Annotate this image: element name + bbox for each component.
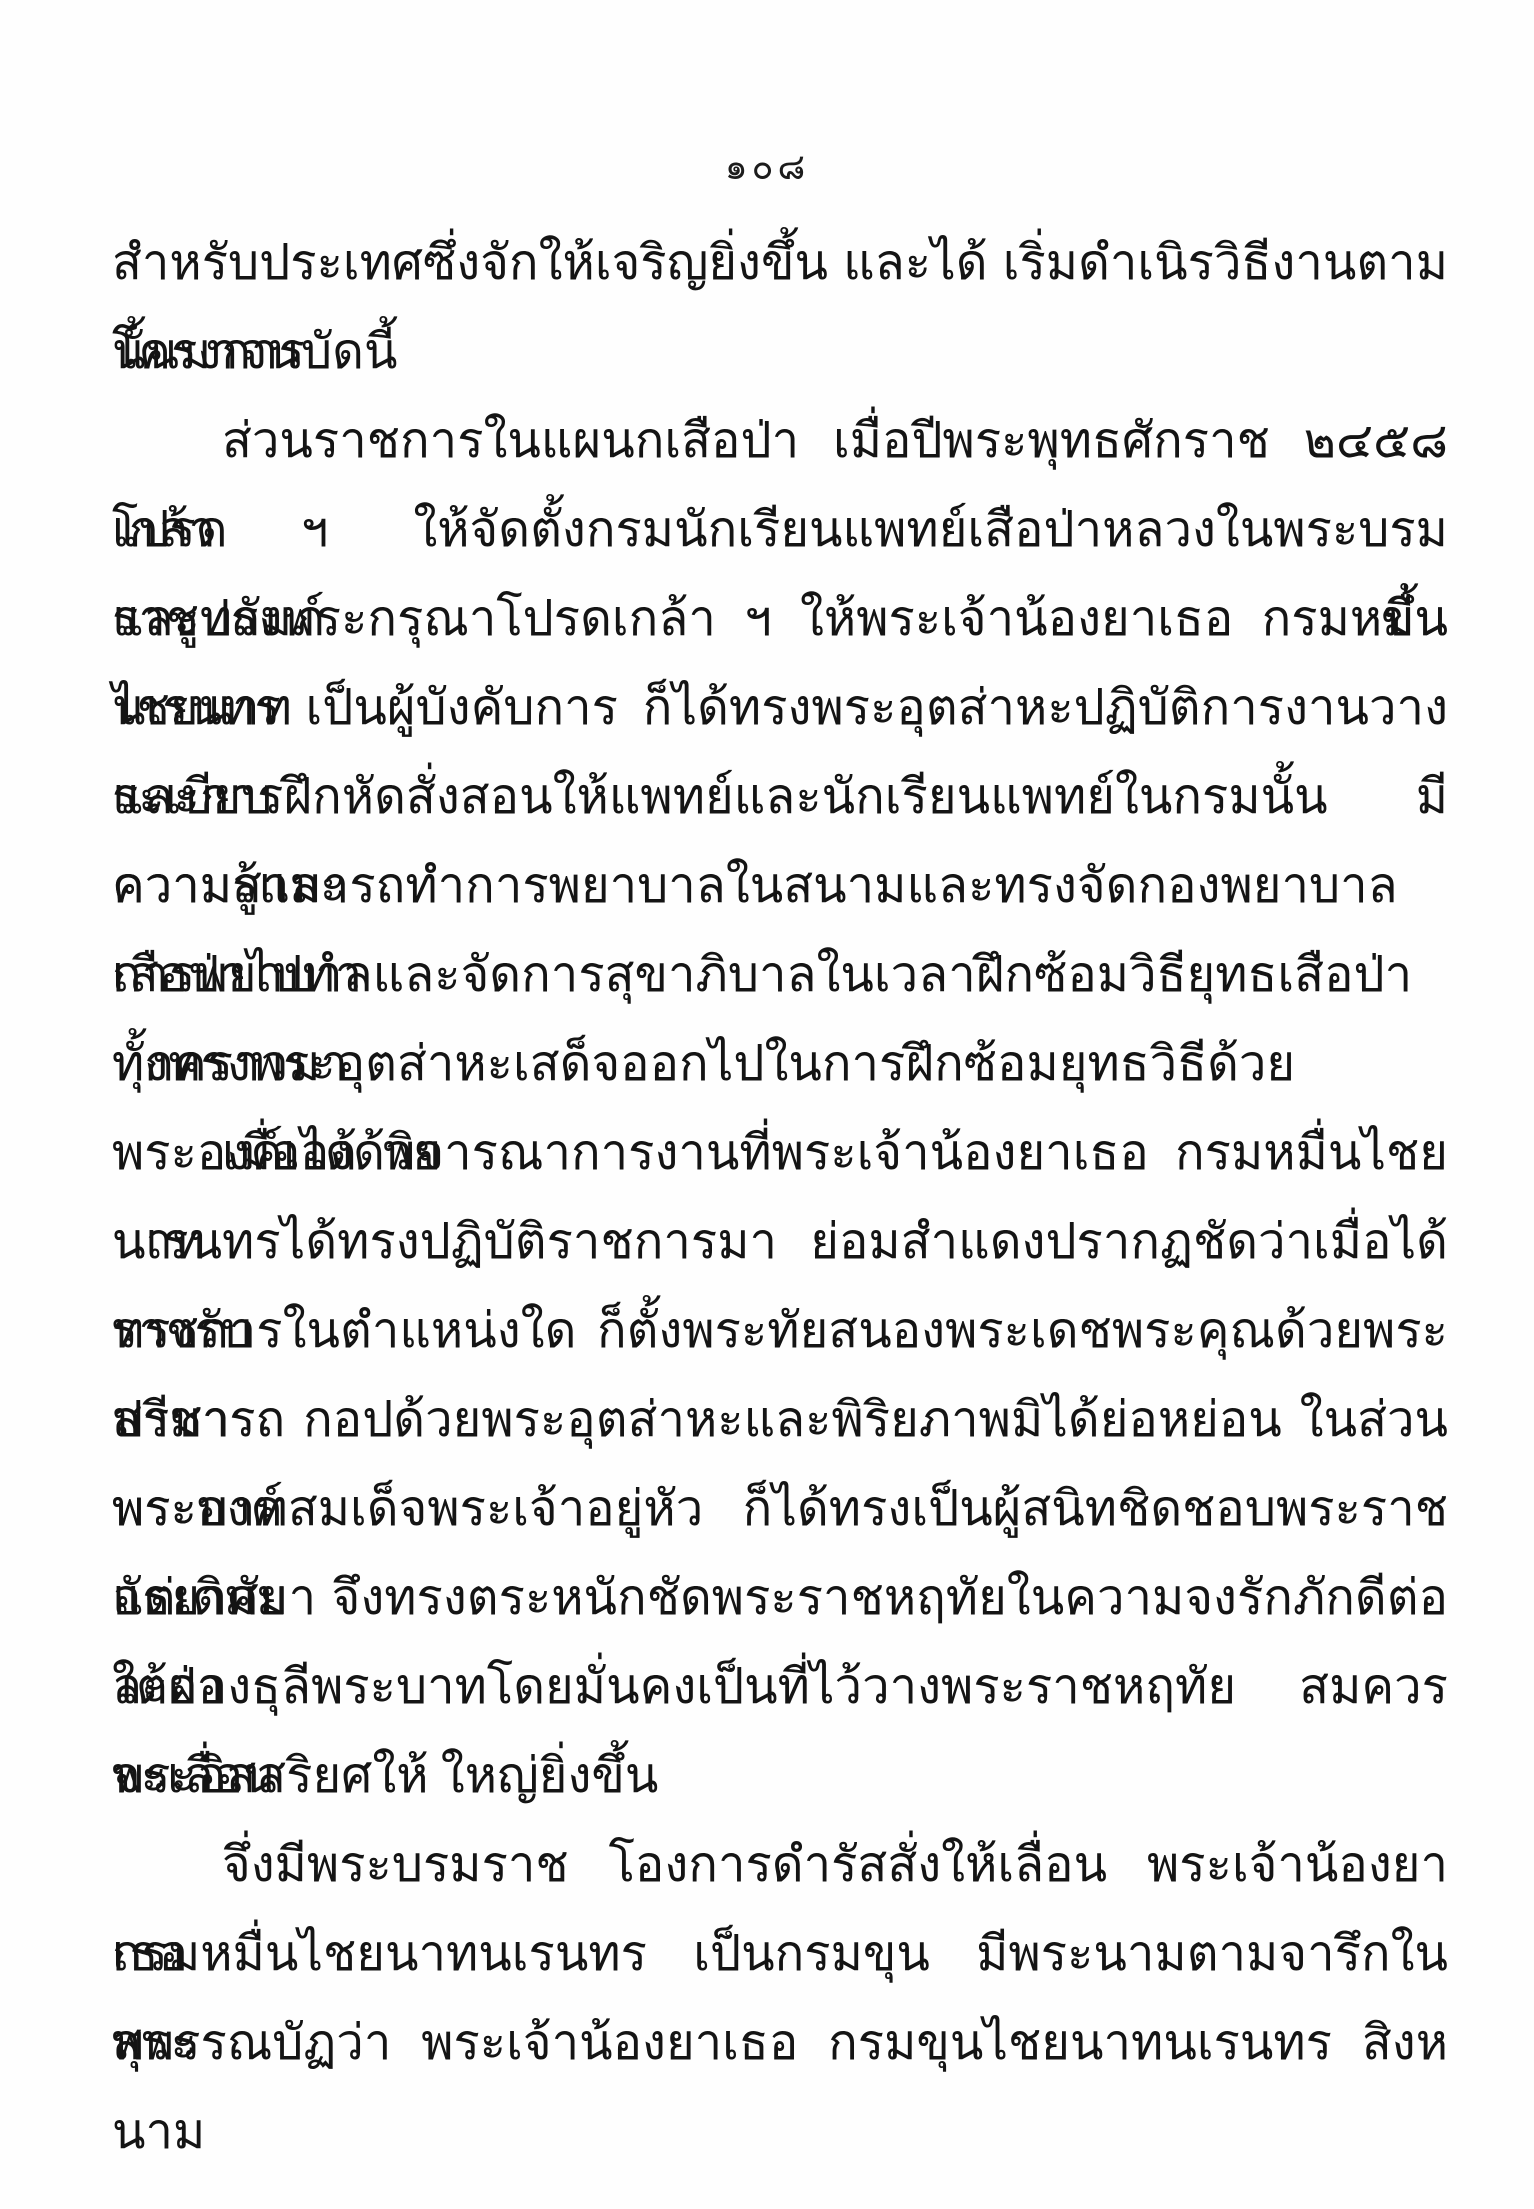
text-line: จึ่งมีพระบรมราช โองการดำรัสสั่งให้เลื่อน… [112, 1820, 1448, 1909]
text-line: แต่เดิมมา จึงทรงตระหนักชัดพระราชหฤทัยในค… [112, 1553, 1448, 1642]
text-line: กรมหมื่นไชยนาทนเรนทร เป็นกรมขุน มีพระนาม… [112, 1909, 1448, 1998]
text-line: ส่วนราชการในแผนกเสือป่า เมื่อปีพระพุทธศั… [112, 396, 1448, 485]
text-line: นเรนทรได้ทรงปฏิบัติราชการมา ย่อมสำแดงปรา… [112, 1197, 1448, 1286]
text-line: พระอิสสริยศให้ ใหญ่ยิ่งขึ้น [112, 1731, 1448, 1820]
text-line: ละอองธุลีพระบาทโดยมั่นคงเป็นที่ไว้วางพระ… [112, 1642, 1448, 1731]
text-line: การพยาบาลและจัดการสุขาภิบาลในเวลาฝึกซ้อม… [112, 930, 1448, 1019]
text-line: สำหรับประเทศซึ่งจักให้เจริญยิ่งขึ้น และไ… [112, 218, 1448, 307]
text-line: และทรงพระกรุณาโปรดเกล้า ฯ ให้พระเจ้าน้อง… [112, 574, 1448, 663]
text-line: นเรนทร เป็นผู้บังคับการ ก็ได้ทรงพระอุตส่… [112, 663, 1448, 752]
text-line: ราชการในตำแหน่งใด ก็ตั้งพระทัยสนองพระเดช… [112, 1286, 1448, 1375]
text-line: และการฝึกหัดสั่งสอนให้แพทย์และนักเรียนแพ… [112, 752, 1448, 841]
page-number: ๑๐๘ [0, 138, 1534, 195]
text-line: เกล้า ฯ ให้จัดตั้งกรมนักเรียนแพทย์เสือป่… [112, 485, 1448, 574]
text-line: นั้นมาจนบัดนี้ [112, 307, 1448, 396]
text-line: ความสามารถทำการพยาบาลในสนามและทรงจัดกองพ… [112, 841, 1448, 930]
text-line: ทั้งทรงพระอุตส่าหะเสด็จออกไปในการฝึกซ้อม… [112, 1019, 1448, 1108]
text-line: เมื่อได้ พิจารณาการงานที่พระเจ้าน้องยาเธ… [112, 1108, 1448, 1197]
scanned-book-page: ๑๐๘ สำหรับประเทศซึ่งจักให้เจริญยิ่งขึ้น … [0, 0, 1534, 2209]
text-line: สุพรรณบัฏว่า พระเจ้าน้องยาเธอ กรมขุนไชยน… [112, 1998, 1448, 2087]
page-text-block: สำหรับประเทศซึ่งจักให้เจริญยิ่งขึ้น และไ… [112, 218, 1448, 2087]
text-line: พระบาทสมเด็จพระเจ้าอยู่หัว ก็ได้ทรงเป็นผ… [112, 1464, 1448, 1553]
text-line: สามารถ กอปด้วยพระอุตส่าหะและพิริยภาพมิได… [112, 1375, 1448, 1464]
